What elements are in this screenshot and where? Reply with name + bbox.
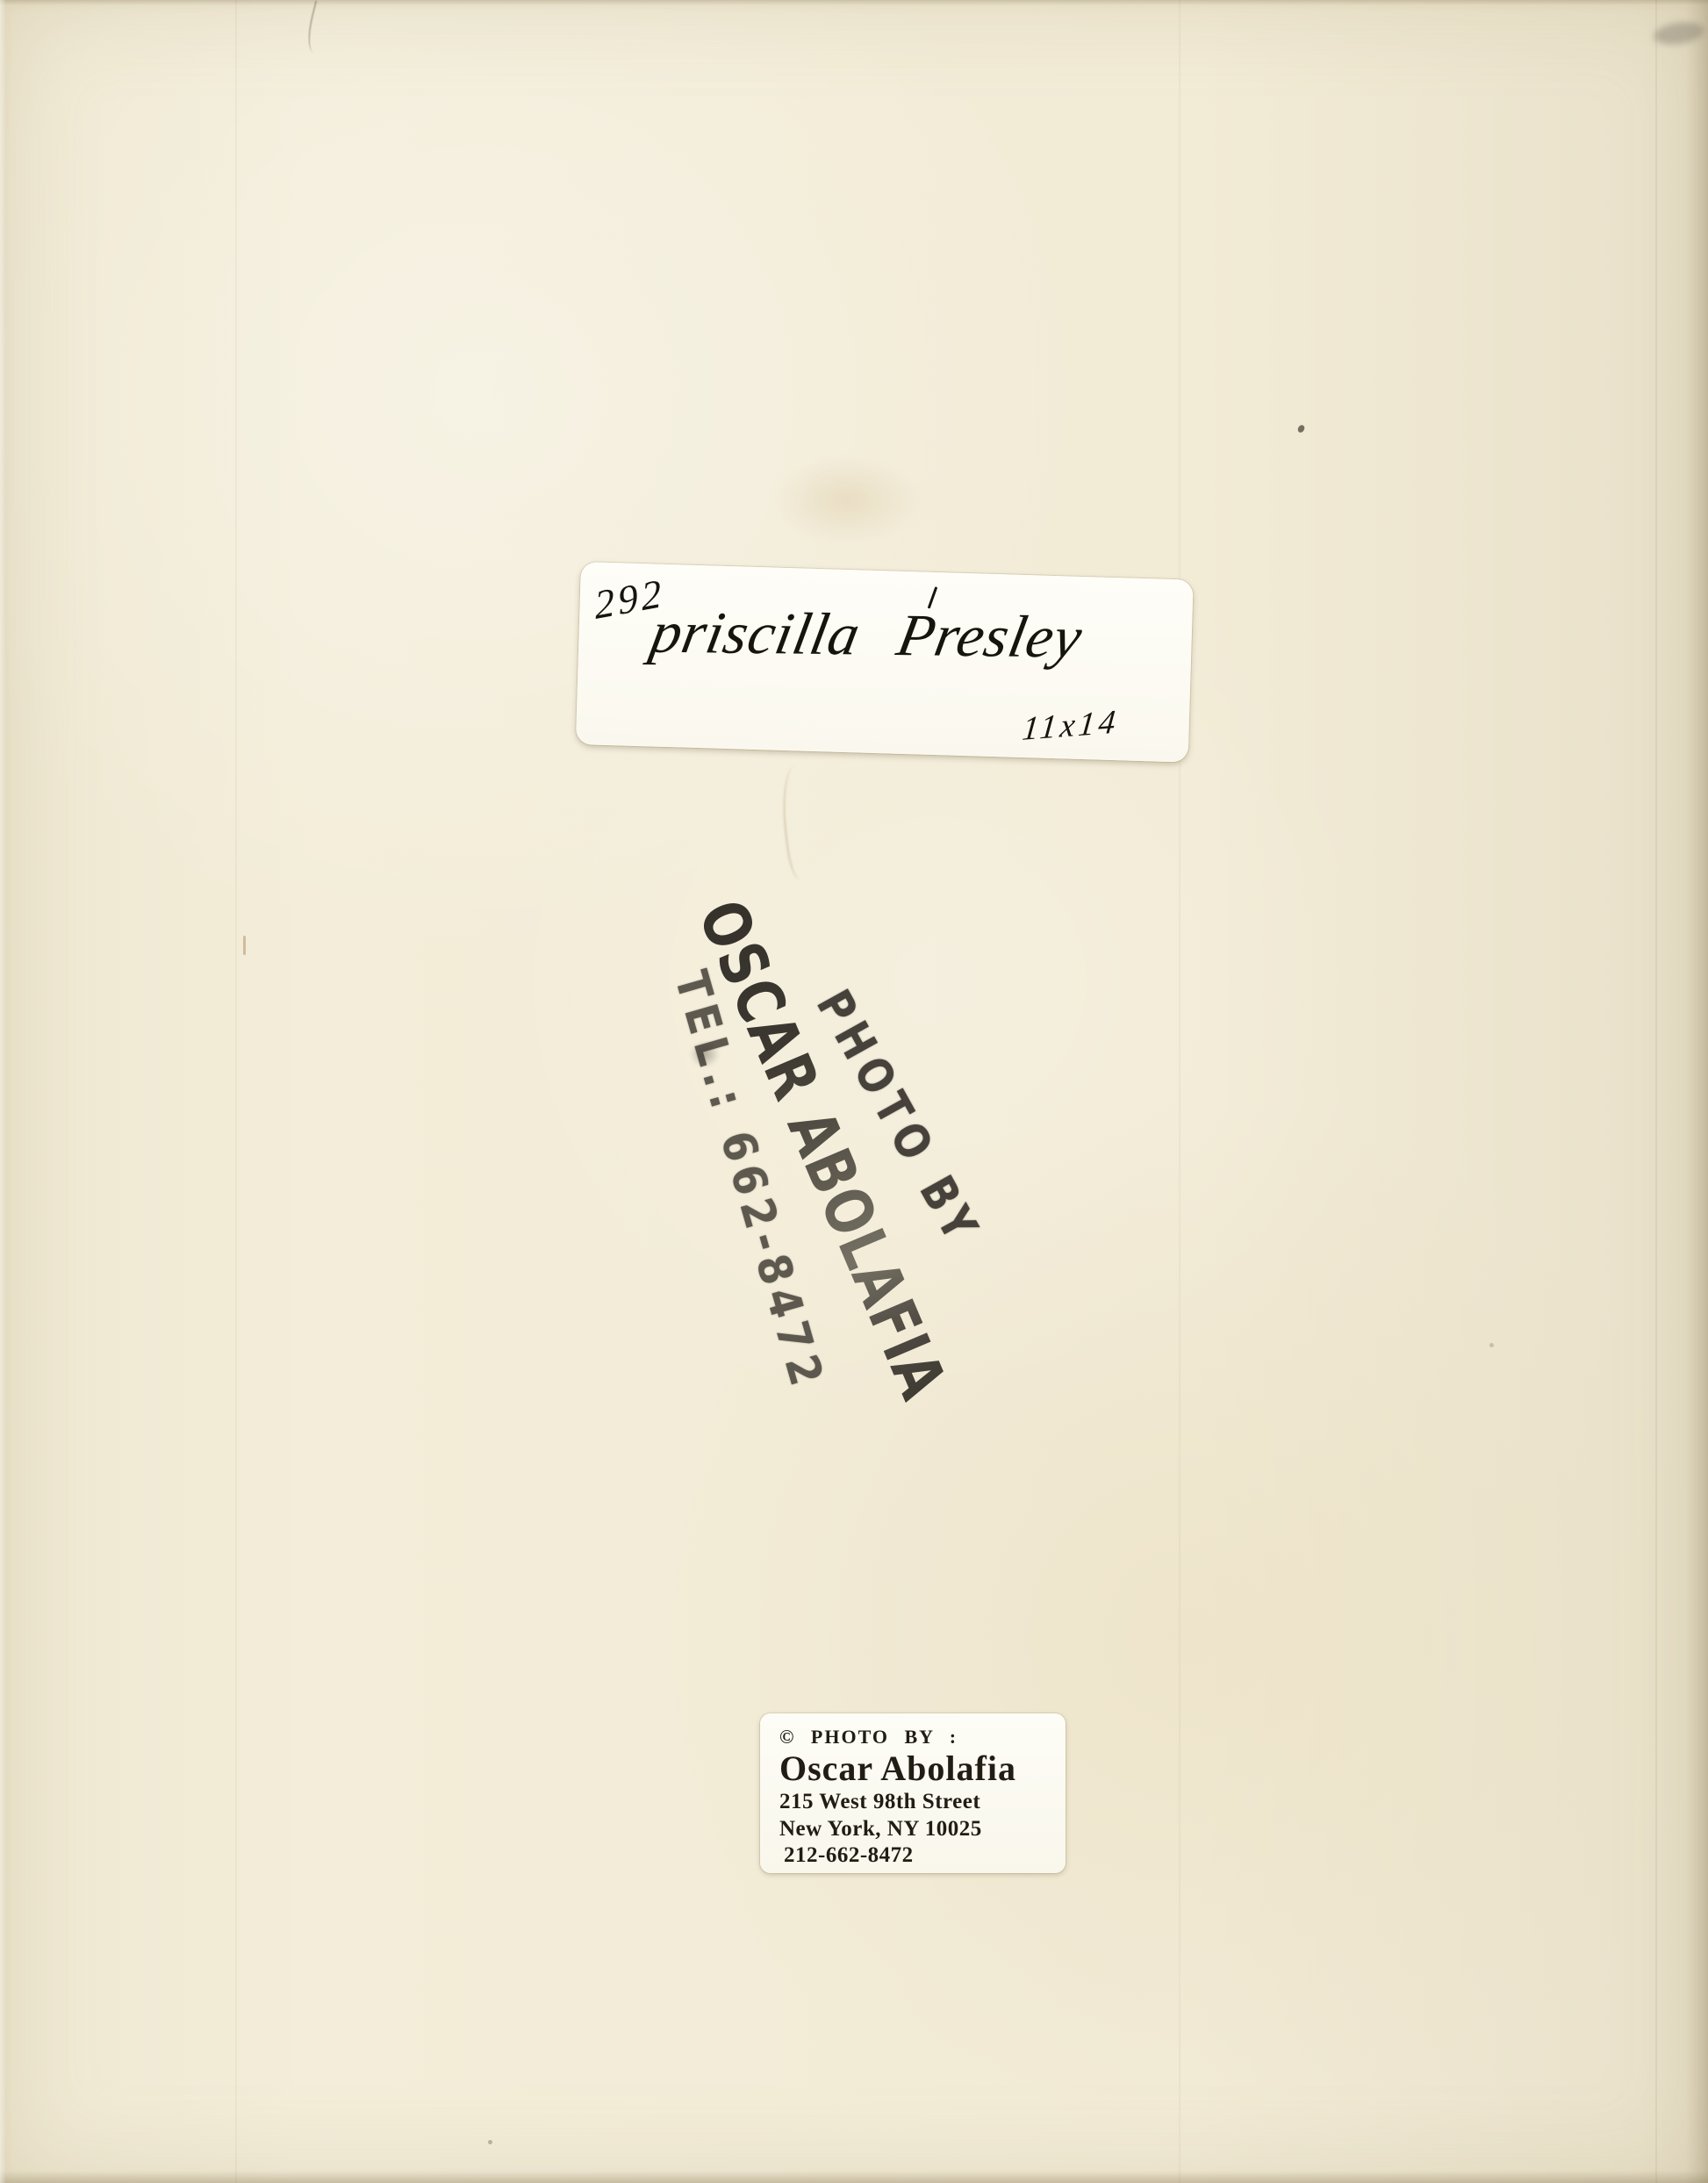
paper-speck (1489, 1343, 1494, 1347)
scan-edge-top (0, 0, 1708, 5)
address-copyright-line: © PHOTO BY : (779, 1726, 1066, 1749)
scan-edge-bottom (0, 2171, 1708, 2183)
scanner-streak (1179, 0, 1181, 2183)
paper-speck (1296, 424, 1306, 434)
paper-speck (243, 936, 246, 955)
address-label: © PHOTO BY : Oscar Abolafia 215 West 98t… (760, 1713, 1066, 1873)
scanner-streak (1655, 0, 1657, 2183)
address-phone: 212-662-8472 (779, 1842, 1066, 1870)
photographer-stamp: PHOTO BY OSCAR ABOLAFIA TEL.: 662-8472 (570, 817, 1078, 1483)
address-city: New York, NY 10025 (779, 1816, 1066, 1843)
scan-edge-left (0, 0, 6, 2183)
scanner-streak (235, 0, 237, 2183)
address-name: Oscar Abolafia (779, 1749, 1066, 1789)
photo-back-paper: 292 priscilla Presley 11x14 PHOTO BY OSC… (0, 0, 1708, 2183)
scan-edge-right (1685, 0, 1708, 2183)
label-size: 11x14 (1021, 702, 1121, 749)
handwritten-label: 292 priscilla Presley 11x14 (576, 562, 1194, 763)
address-street: 215 West 98th Street (779, 1789, 1066, 1816)
paper-speck (488, 2140, 492, 2144)
label-name: priscilla Presley (645, 598, 1087, 672)
paper-stain (772, 456, 922, 544)
paper-scratch (303, 1, 330, 54)
